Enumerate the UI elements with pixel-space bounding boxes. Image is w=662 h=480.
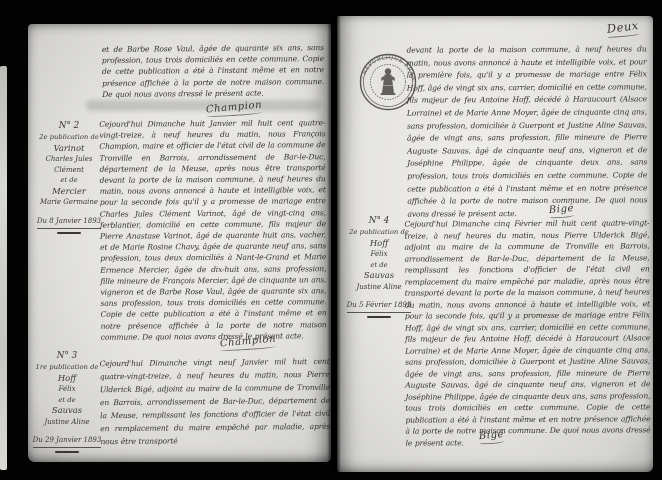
bride-surname: Sauvas [28, 405, 106, 417]
act-number: N° 3 [28, 350, 106, 362]
groom-given-names: Charles Jules Clément [30, 154, 108, 175]
scanner-film-edge [0, 66, 7, 470]
bride-given-names: Marie Germaine [30, 197, 108, 208]
binding-gutter [327, 14, 341, 474]
bride-given-names: Justine Aline [28, 417, 106, 428]
conjunction: et de [28, 395, 106, 406]
act-4-text: Cejourd'hui Dimanche cinq Février mil hu… [404, 217, 650, 448]
folio-number: Deux [606, 18, 640, 39]
act-date: Du 29 Janvier 1893 [33, 435, 102, 448]
date-underline [367, 316, 391, 318]
margin-note-act-3: N° 3 1re publication de Hoff Félix et de… [28, 350, 106, 453]
register-page-left: et de Barbe Rose Vaul, âgée de quarante … [28, 24, 331, 462]
conjunction: et de [30, 175, 108, 186]
register-page-right: Deux · RÉPUBLIQUE FRANÇAISE · devant la … [337, 16, 653, 472]
act-3-closing-text: devant la porte de la maison commune, à … [407, 43, 648, 221]
act-2-text: Cejourd'hui Dimanche huit Janvier mil hu… [99, 117, 327, 343]
marianne-figure-icon [381, 68, 396, 95]
publication-type: 2e publication de [30, 132, 108, 143]
date-underline [55, 451, 79, 453]
signature-bige-2: Bigé [478, 429, 504, 445]
groom-surname: Varinot [30, 143, 108, 155]
groom-surname: Hoff [28, 373, 106, 385]
scanned-register-spread: et de Barbe Rose Vaul, âgée de quarante … [0, 0, 662, 480]
margin-note-act-2: N° 2 2e publication de Varinot Charles J… [30, 120, 108, 234]
groom-given-names: Félix [28, 384, 106, 395]
act-date: Du 5 Février 1893 [347, 300, 412, 313]
act-1-closing-text: et de Barbe Rose Vaul, âgée de quarante … [102, 42, 324, 100]
act-date: Du 8 Janvier 1893 [37, 216, 101, 229]
date-underline [57, 232, 81, 234]
ink-bleed-through [86, 100, 321, 111]
signature-bige: Bigé [548, 203, 574, 219]
publication-type: 1re publication de [28, 362, 106, 373]
act-number: N° 2 [30, 120, 108, 132]
act-3-opening-text: Cejourd'hui Dimanche vingt neuf Janvier … [100, 355, 331, 448]
bride-surname: Mercier [30, 186, 108, 198]
